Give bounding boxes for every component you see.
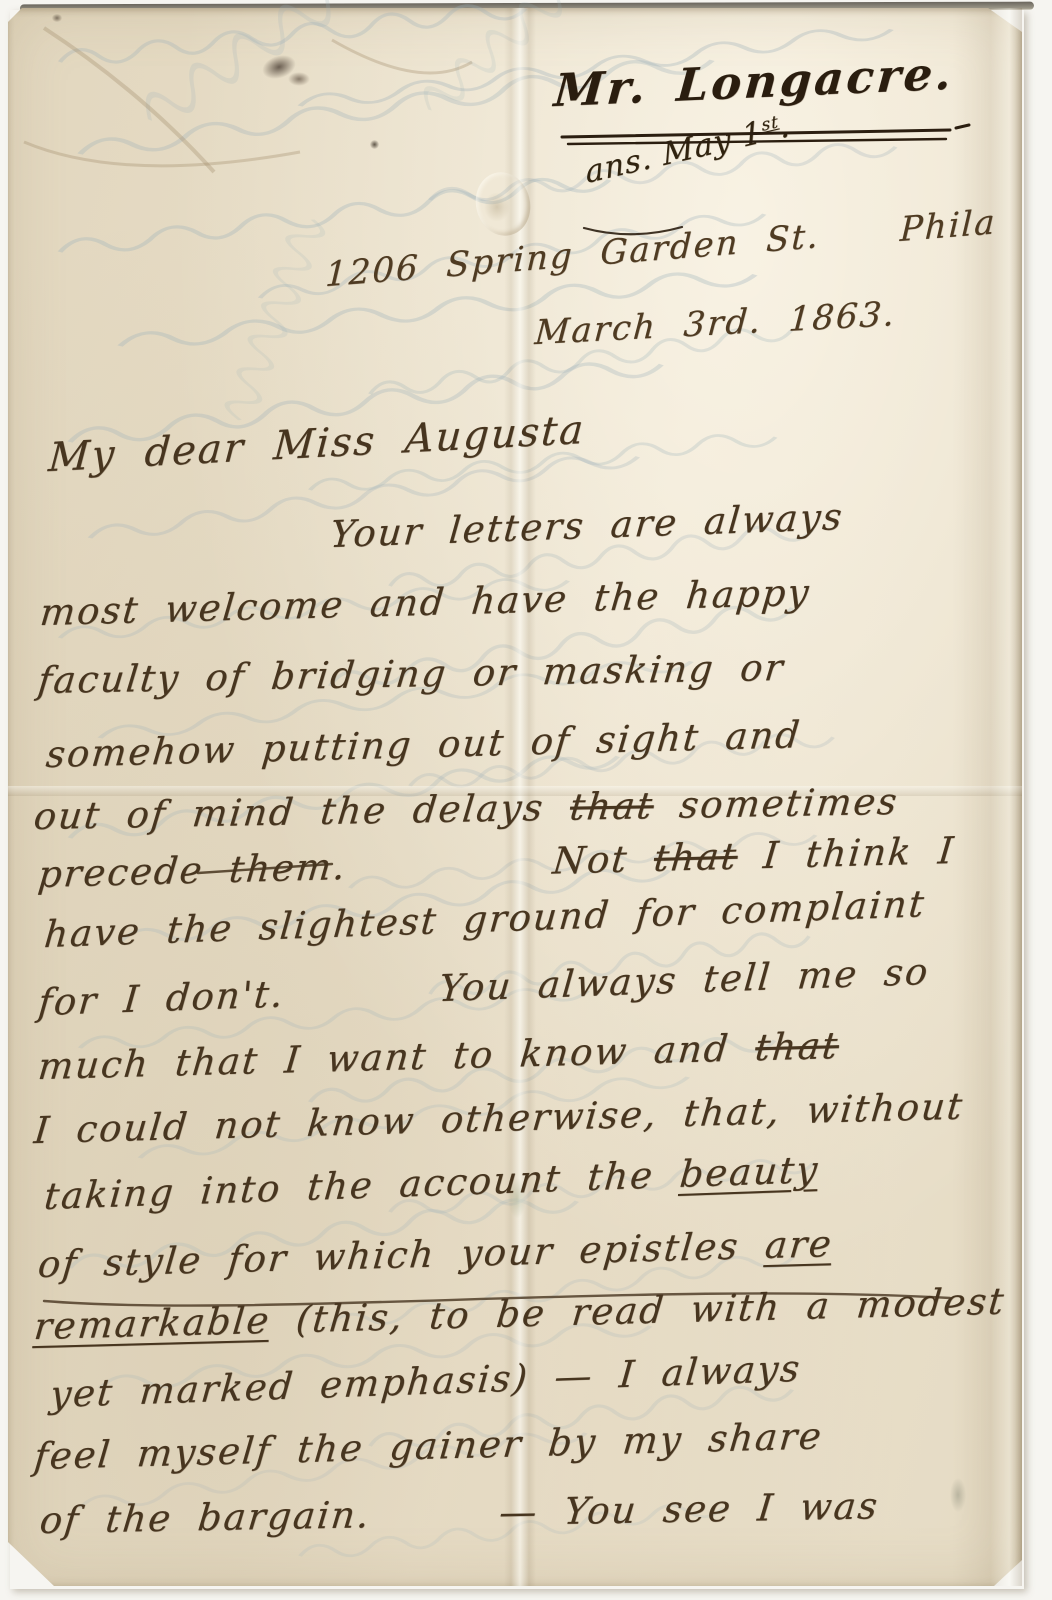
line-text: sometimes [651, 780, 900, 827]
ink-speck [370, 140, 379, 149]
struck-word: that [753, 1024, 841, 1069]
smudge-stain [950, 1478, 966, 1512]
underlined-word: beauty [678, 1148, 821, 1196]
underlined-word: remarkable [32, 1299, 272, 1348]
ink-stain [288, 72, 310, 86]
underlined-word: are [763, 1222, 835, 1267]
struck-word: that [652, 835, 740, 880]
line-text: I think I [736, 829, 957, 878]
paper-blemish [484, 192, 510, 222]
scanned-letter-page: { "docket": { "name": "Mr. Longacre.", "… [0, 0, 1052, 1600]
docket-note-ordinal: st [761, 112, 780, 136]
struck-word: that [568, 784, 656, 829]
ink-speck [52, 14, 62, 22]
